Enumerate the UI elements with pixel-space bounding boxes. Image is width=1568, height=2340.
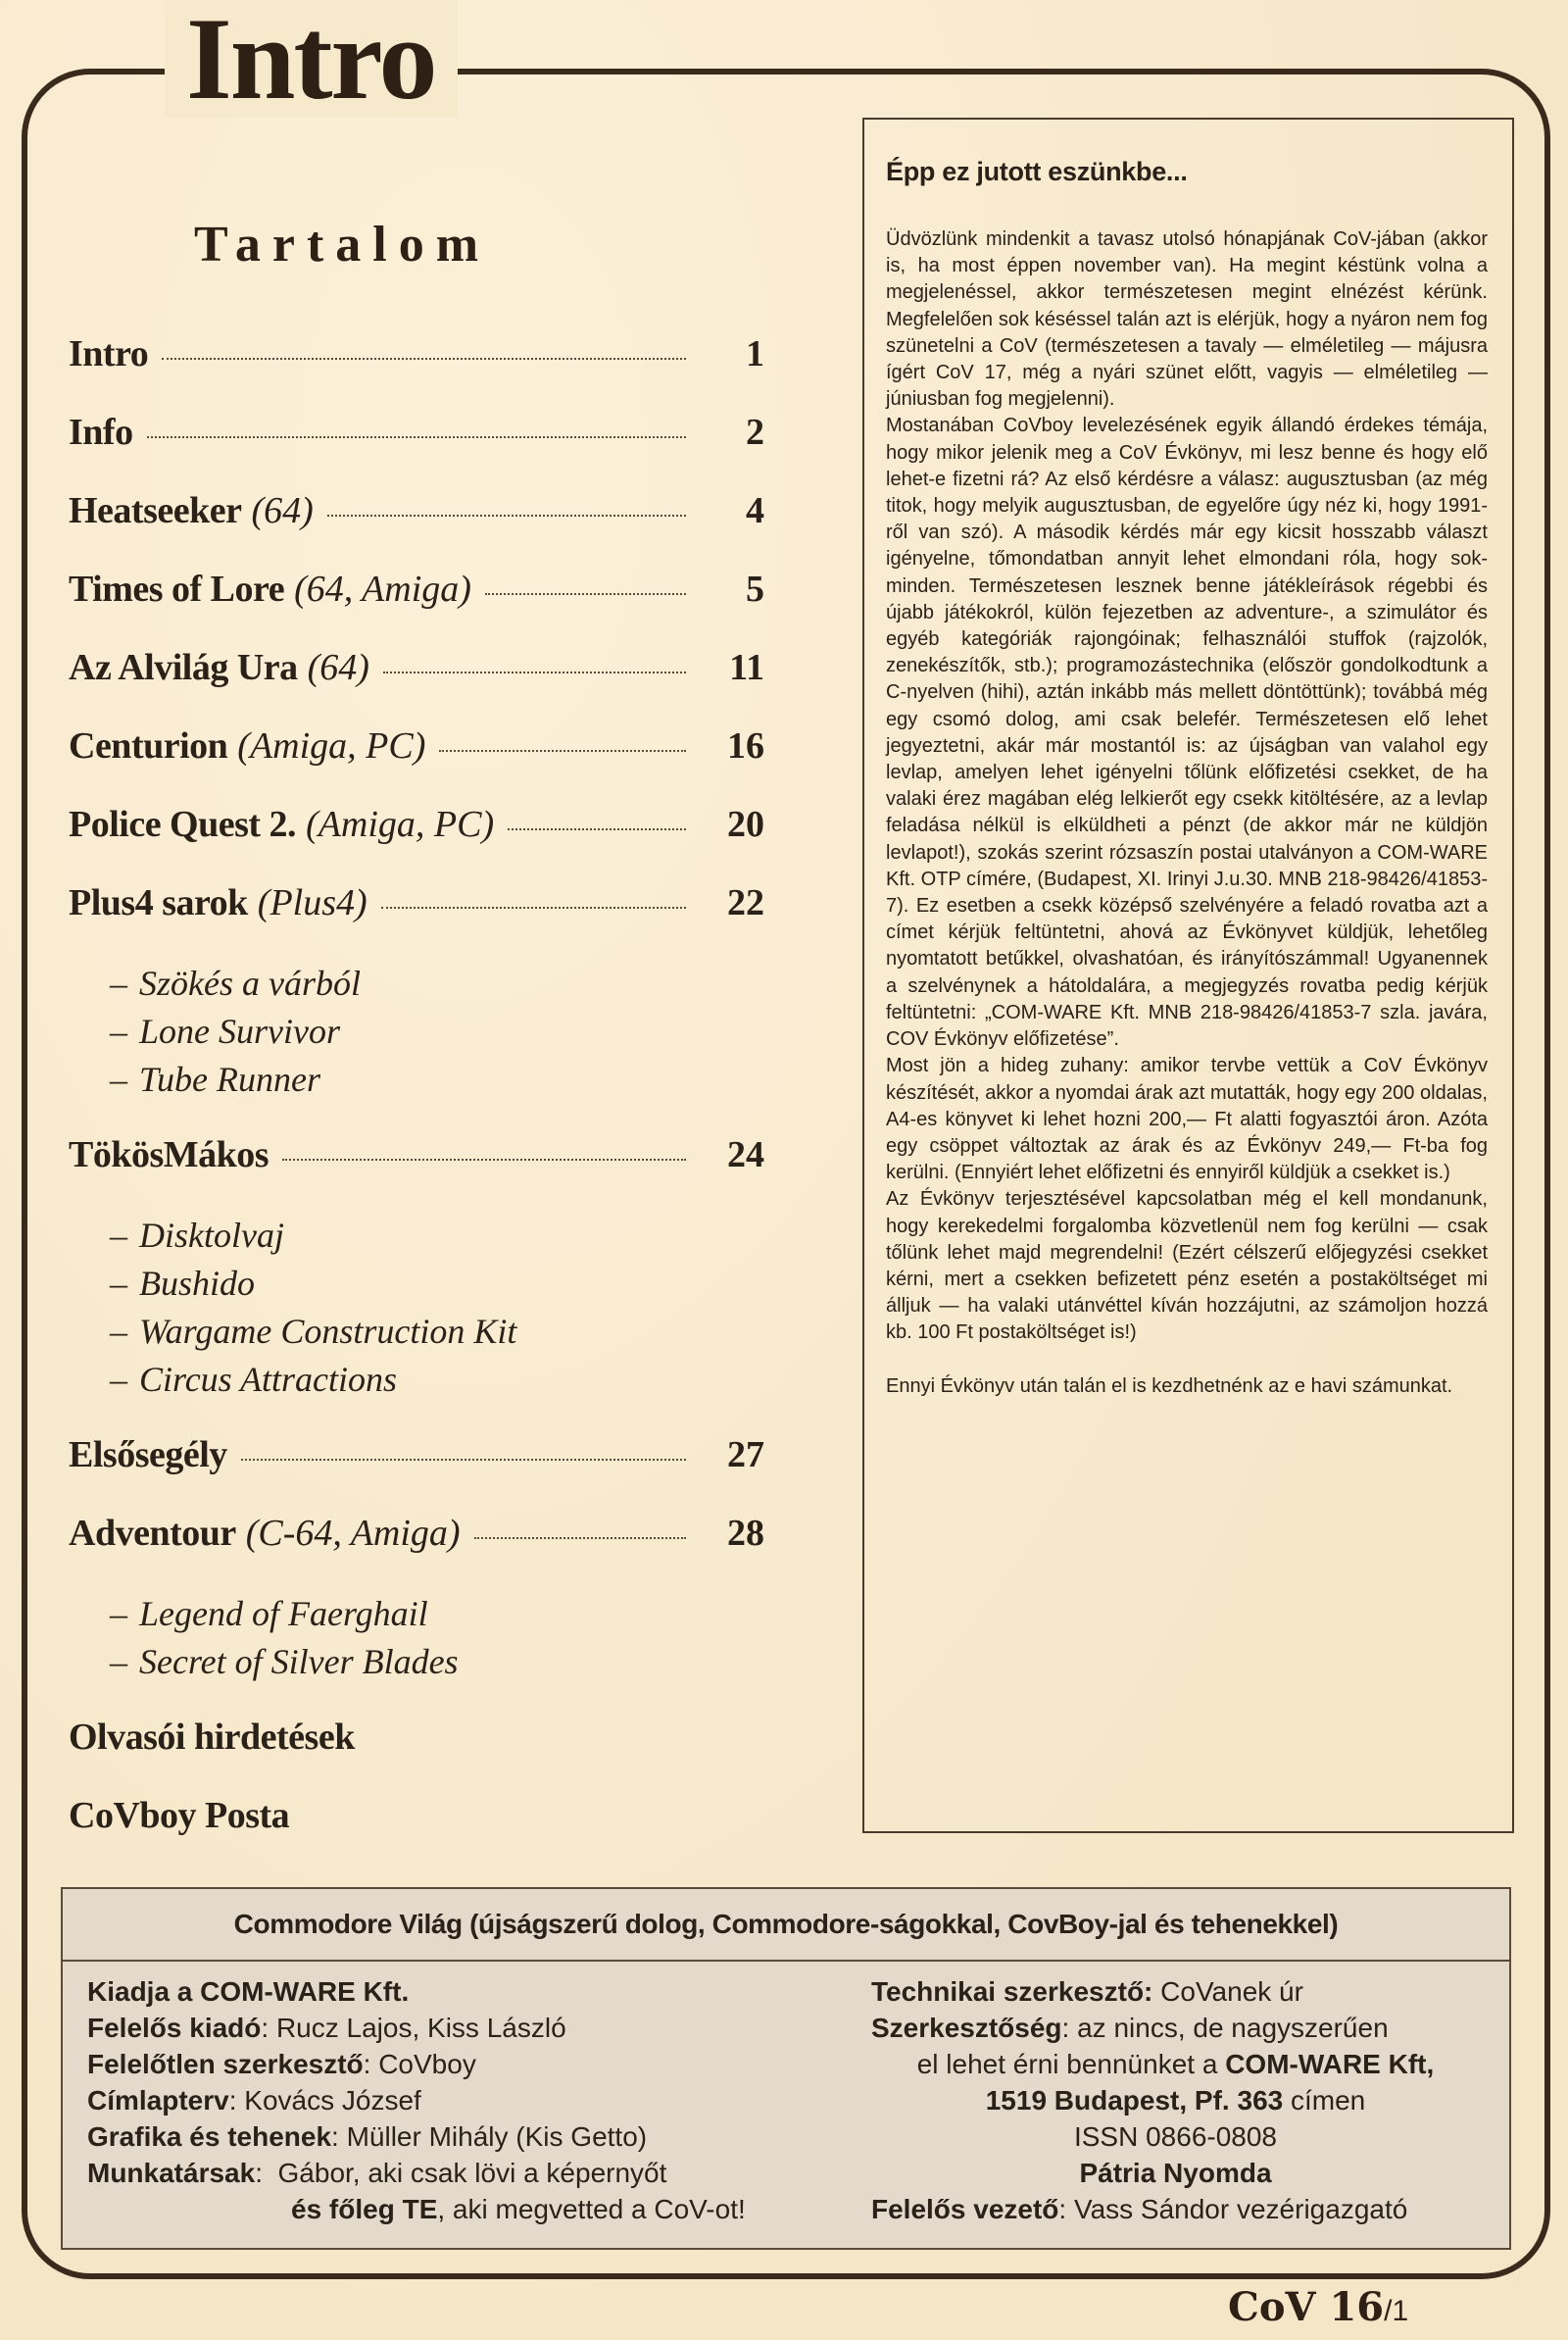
editorial-paragraph: Most jön a hideg zuhany: amikor tervbe v… xyxy=(886,1053,1488,1186)
toc-sub-entry[interactable]: –Tube Runner xyxy=(69,1056,764,1104)
toc-entry[interactable]: Elsősegély27 xyxy=(69,1433,764,1512)
toc-entry-page: 27 xyxy=(700,1433,764,1476)
toc-entry-page: 4 xyxy=(700,489,764,532)
toc-sub-entry-title: Wargame Construction Kit xyxy=(139,1312,516,1351)
dash-bullet: – xyxy=(110,964,127,1003)
imprint-line: Felelős kiadó: Rucz Lajos, Kiss László xyxy=(87,2010,871,2046)
imprint-right-column: Technikai szerkesztő: CoVanek úr Szerkes… xyxy=(871,1973,1509,2227)
toc-leader-dots xyxy=(162,358,686,360)
toc-entry-platform: (Amiga, PC) xyxy=(306,803,494,846)
toc-entry-page: 11 xyxy=(700,646,764,689)
imprint-line: el lehet érni bennünket a COM-WARE Kft, xyxy=(871,2046,1509,2082)
imprint-line: Grafika és tehenek: Müller Mihály (Kis G… xyxy=(87,2118,871,2155)
toc-entry-title: Intro xyxy=(69,332,148,375)
toc-entry-title: Police Quest 2. xyxy=(69,803,296,846)
toc-list: Intro1Info2Heatseeker(64)4Times of Lore(… xyxy=(69,332,764,1872)
toc-leader-dots xyxy=(485,593,686,595)
toc-sub-entry[interactable]: –Circus Attractions xyxy=(69,1356,764,1404)
toc-entry-title: Elsősegély xyxy=(69,1433,227,1476)
toc-heading: Tartalom xyxy=(194,216,764,274)
toc-entry-title: CoVboy Posta xyxy=(69,1794,289,1837)
toc-entry-title: Heatseeker xyxy=(69,489,241,532)
dash-bullet: – xyxy=(110,1594,127,1633)
editorial-closing: Ennyi Évkönyv után talán el is kezdhetné… xyxy=(886,1373,1488,1400)
toc-entry-page: 24 xyxy=(700,1133,764,1176)
toc-entry[interactable]: Info2 xyxy=(69,411,764,489)
dash-bullet: – xyxy=(110,1360,127,1399)
toc-entry-platform: (C-64, Amiga) xyxy=(246,1512,461,1555)
toc-leader-dots xyxy=(439,750,686,752)
toc-leader-dots xyxy=(381,907,686,909)
dash-bullet: – xyxy=(110,1642,127,1681)
imprint-issn: ISSN 0866-0808 xyxy=(871,2118,1509,2155)
toc-sub-entry-title: Bushido xyxy=(139,1264,255,1303)
toc-sub-entry[interactable]: –Secret of Silver Blades xyxy=(69,1638,764,1686)
toc-sub-entry-title: Lone Survivor xyxy=(139,1012,340,1051)
toc-entry[interactable]: Olvasói hirdetések xyxy=(69,1716,764,1794)
toc-sub-entry-title: Circus Attractions xyxy=(139,1360,397,1399)
editorial-paragraph: Mostanában CoVboy levelezésének egyik ál… xyxy=(886,413,1488,1053)
toc-entry[interactable]: Times of Lore(64, Amiga)5 xyxy=(69,568,764,646)
editorial-box: Épp ez jutott eszünkbe... Üdvözlünk mind… xyxy=(862,118,1514,1833)
dash-bullet: – xyxy=(110,1060,127,1099)
toc-entry-page: 1 xyxy=(700,332,764,375)
imprint-line: Felelős vezető: Vass Sándor vezérigazgat… xyxy=(871,2191,1509,2227)
imprint-box: Commodore Világ (újságszerű dolog, Commo… xyxy=(61,1887,1511,2250)
imprint-line: 1519 Budapest, Pf. 363 címen xyxy=(871,2082,1509,2118)
toc-entry-page: 2 xyxy=(700,411,764,454)
page-number: CoV 16/1 xyxy=(1228,2284,1408,2330)
toc-leader-dots xyxy=(241,1459,686,1461)
toc-sub-entry-title: Legend of Faerghail xyxy=(139,1594,428,1633)
toc-entry-title: Info xyxy=(69,411,133,454)
toc-entry-title: Plus4 sarok xyxy=(69,881,248,924)
editorial-paragraph: Üdvözlünk mindenkit a tavasz utolsó hóna… xyxy=(886,226,1488,413)
imprint-line: Szerkesztőség: az nincs, de nagyszerűen xyxy=(871,2010,1509,2046)
toc-sub-entry-title: Szökés a várból xyxy=(139,964,361,1003)
toc-entry[interactable]: Centurion(Amiga, PC)16 xyxy=(69,724,764,803)
toc-entry-title: TökösMákos xyxy=(69,1133,269,1176)
imprint-line: és főleg TE, aki megvetted a CoV-ot! xyxy=(87,2191,871,2227)
toc-leader-dots xyxy=(383,672,686,673)
toc-sub-entry[interactable]: –Legend of Faerghail xyxy=(69,1590,764,1638)
imprint-line: Munkatársak: Gábor, aki csak lövi a képe… xyxy=(87,2155,871,2191)
toc-sub-entry[interactable]: –Disktolvaj xyxy=(69,1212,764,1260)
toc-entry-platform: (64) xyxy=(308,646,369,689)
toc-entry[interactable]: Az Alvilág Ura(64)11 xyxy=(69,646,764,724)
imprint-credits: Kiadja a COM-WARE Kft. Felelős kiadó: Ru… xyxy=(63,1962,1509,2227)
toc-entry[interactable]: Adventour(C-64, Amiga)28 xyxy=(69,1512,764,1590)
editorial-paragraph: Az Évkönyv terjesztésével kapcsolatban m… xyxy=(886,1186,1488,1346)
toc-sub-entry[interactable]: –Wargame Construction Kit xyxy=(69,1308,764,1356)
toc-entry[interactable]: Police Quest 2.(Amiga, PC)20 xyxy=(69,803,764,881)
toc-entry-page: 22 xyxy=(700,881,764,924)
toc-entry-title: Olvasói hirdetések xyxy=(69,1716,355,1759)
imprint-left-column: Kiadja a COM-WARE Kft. Felelős kiadó: Ru… xyxy=(63,1973,871,2227)
toc-entry-platform: (64, Amiga) xyxy=(294,568,471,611)
imprint-banner: Commodore Világ (újságszerű dolog, Commo… xyxy=(63,1889,1509,1962)
table-of-contents: Tartalom Intro1Info2Heatseeker(64)4Times… xyxy=(69,216,764,1872)
toc-entry[interactable]: Intro1 xyxy=(69,332,764,411)
toc-sub-entry-title: Secret of Silver Blades xyxy=(139,1642,459,1681)
editorial-heading: Épp ez jutott eszünkbe... xyxy=(886,157,1488,187)
toc-entry-platform: (Amiga, PC) xyxy=(237,724,425,768)
imprint-line: Felelőtlen szerkesztő: CoVboy xyxy=(87,2046,871,2082)
toc-entry-page: 28 xyxy=(700,1512,764,1555)
toc-entry[interactable]: TökösMákos24 xyxy=(69,1133,764,1212)
toc-entry-title: Times of Lore xyxy=(69,568,284,611)
imprint-line: Technikai szerkesztő: CoVanek úr xyxy=(871,1973,1509,2010)
toc-leader-dots xyxy=(327,515,686,517)
toc-entry-platform: (Plus4) xyxy=(258,881,367,924)
toc-leader-dots xyxy=(147,436,686,438)
dash-bullet: – xyxy=(110,1012,127,1051)
toc-entry[interactable]: Plus4 sarok(Plus4)22 xyxy=(69,881,764,960)
toc-sub-entry-title: Tube Runner xyxy=(139,1060,320,1099)
dash-bullet: – xyxy=(110,1264,127,1303)
toc-sub-entry[interactable]: –Bushido xyxy=(69,1260,764,1308)
imprint-line: Kiadja a COM-WARE Kft. xyxy=(87,1973,871,2010)
toc-entry-title: Centurion xyxy=(69,724,227,768)
toc-entry-platform: (64) xyxy=(251,489,313,532)
dash-bullet: – xyxy=(110,1216,127,1255)
toc-entry-page: 5 xyxy=(700,568,764,611)
toc-entry-page: 20 xyxy=(700,803,764,846)
toc-leader-dots xyxy=(508,828,686,830)
toc-entry-page: 16 xyxy=(700,724,764,768)
toc-leader-dots xyxy=(282,1159,686,1161)
toc-sub-entry[interactable]: –Lone Survivor xyxy=(69,1008,764,1056)
dash-bullet: – xyxy=(110,1312,127,1351)
toc-entry[interactable]: Heatseeker(64)4 xyxy=(69,489,764,568)
toc-leader-dots xyxy=(474,1537,686,1539)
toc-entry-title: Adventour xyxy=(69,1512,236,1555)
toc-entry[interactable]: CoVboy Posta xyxy=(69,1794,764,1872)
imprint-line: Címlapterv: Kovács József xyxy=(87,2082,871,2118)
toc-sub-entry-title: Disktolvaj xyxy=(139,1216,284,1255)
section-title: Intro xyxy=(165,0,458,118)
toc-sub-entry[interactable]: –Szökés a várból xyxy=(69,960,764,1008)
imprint-printer: Pátria Nyomda xyxy=(871,2155,1509,2191)
toc-entry-title: Az Alvilág Ura xyxy=(69,646,298,689)
